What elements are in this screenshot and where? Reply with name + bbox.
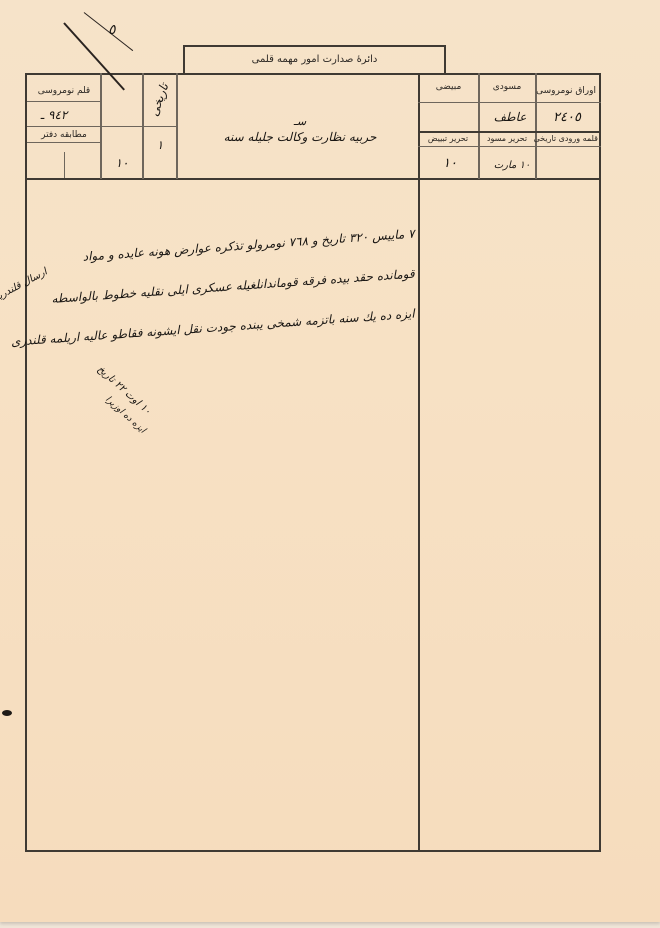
left-col-line-3: [176, 73, 178, 179]
entry-date-header: قلمه ورودی تاریخی: [536, 134, 598, 143]
paper-number-value: ٢٤٠٥: [540, 110, 594, 125]
body-line-1: ٧ ماییس ٣٢٠ تاریخ و ٧٦٨ نومرولو تذكره عو…: [30, 227, 415, 268]
right-col-line-1: [478, 73, 480, 179]
left-small-divider: [64, 152, 65, 178]
date-value: ١: [150, 138, 170, 152]
draft-header: مسودی: [481, 82, 533, 92]
center-mark: سـ: [250, 115, 350, 128]
entry-date-note: ١٠ مارت: [482, 160, 542, 171]
small-cell-value: ١٠: [108, 156, 136, 170]
register-number-value: ٩٤٢ ـ: [34, 108, 74, 122]
left-row-line-2: [27, 126, 100, 127]
left-row-line-4: [100, 126, 176, 127]
frame-bottom: [25, 850, 601, 852]
paper-number-header: اوراق نومروسی: [538, 86, 596, 96]
date-label: تاریخی: [149, 81, 172, 112]
right-row-line-1: [418, 102, 601, 103]
copy-written-header: تحریر تبییض: [420, 134, 476, 143]
right-row-line-3: [418, 146, 601, 147]
register-number-label: قلم نومروسی: [32, 86, 96, 96]
frame-right: [599, 73, 601, 852]
header-divider: [25, 178, 601, 180]
left-row-line-1: [27, 101, 100, 102]
class-label: مطابقه دفتر: [32, 130, 96, 140]
header-title-box: دائرهٔ صدارت امور مهمه قلمی: [183, 45, 446, 73]
right-row-line-2: [418, 131, 601, 133]
punch-mark: [2, 710, 12, 716]
fair-copy-header: مبیضی: [421, 82, 476, 92]
document-page: دائرهٔ صدارت امور مهمه قلمی قلم نومروسی …: [0, 0, 660, 922]
draft-value: عاطف: [490, 110, 530, 124]
corner-annotation: ٥: [108, 22, 116, 38]
copy-number: ١٠: [435, 156, 465, 171]
draft-written-header: تحریر مسود: [480, 134, 534, 143]
addressee: حربیه نظارت وكالت جلیله سنه: [190, 130, 410, 144]
body-line-2: قومانده حقد بیده فرقه قوماندانلغیله عسكر…: [30, 267, 415, 308]
body-line-3: ایزه ده یك سنه باتزمه شمخی یبنده جودت نق…: [30, 307, 415, 348]
column-divider: [418, 73, 420, 852]
left-row-line-3: [27, 142, 100, 143]
frame-left: [25, 73, 27, 852]
header-title: دائرهٔ صدارت امور مهمه قلمی: [185, 54, 444, 65]
